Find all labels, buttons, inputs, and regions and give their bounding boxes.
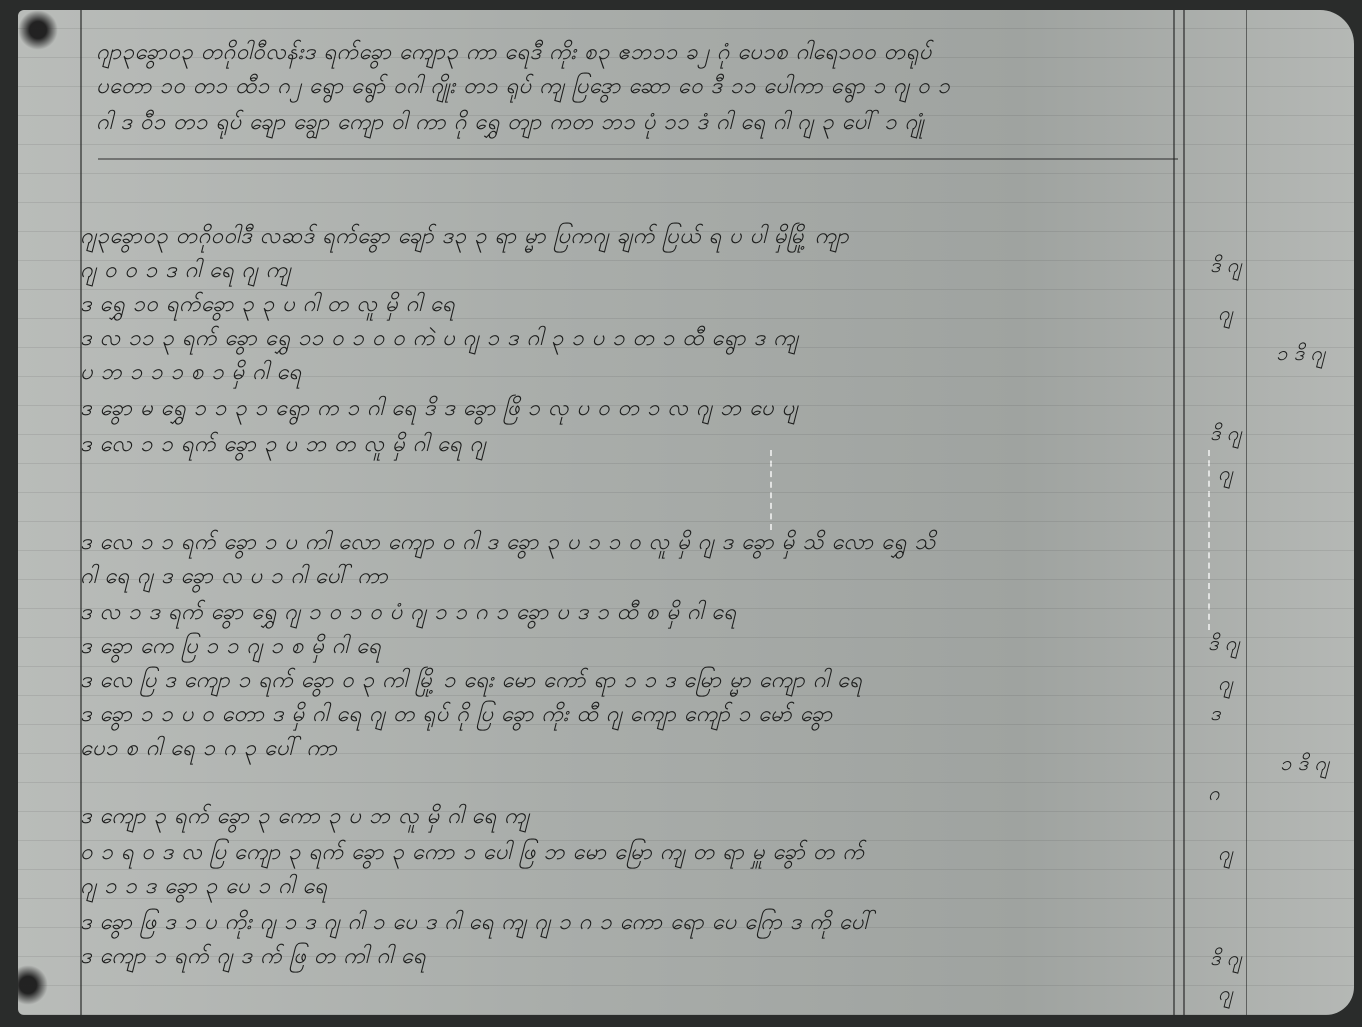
- body-line-11: ဒ ခွော ကေ ပြ ၁ ၁ ဂျ ၁ စ မှိ ဂါ ရေ: [80, 632, 381, 662]
- margin-note-13: ဂျ: [1218, 980, 1233, 1010]
- body-line-6: ဒ ခွော မ ရွှေ ၁ ၁ ၃ ၁ ရွော က ၁ ဂါ ရေ ဒိ …: [80, 394, 798, 424]
- body-line-2: ဂျ ၀ ဝ ၁ ဒ ဂါ ရေ ဂျ ကျ: [80, 256, 291, 286]
- header-line-2: ပတော ၁၀ တ၁ ထီ၁ ဂ၂ ရွော ရွော် ၀ဂါ ဂျိုး တ…: [96, 72, 950, 102]
- body-line-17: ဂျ ၁ ၁ ဒ ခွော ၃ ပေ ၁ ဂါ ရေ: [80, 872, 327, 902]
- body-line-7: ဒ လေ ၁ ၁ ရက် ခွော ၃ ပ ဘ တ လူ မှိ ဂါ ရေ ဂ…: [80, 430, 486, 460]
- margin-note-11: ဂျ: [1218, 840, 1233, 870]
- body-line-12: ဒ လေ ပြ ဒ ကျော ၁ ရက် ခွော ၀ ၃ ကါ မြို့ ၁…: [80, 666, 862, 696]
- header-line-3: ဂါ ဒ ၀ီ၁ တ၁ ရုပ် ချော ချွော ကျော ၀ါ ကာ ဂ…: [96, 108, 924, 138]
- body-line-5: ပ ဘ ၁ ၁ ၁ စ ၁ မှိ ဂါ ရေ: [80, 358, 302, 388]
- body-line-3: ဒ ရွှေ ၁၀ ရက်ခွော ၃ ၃ ပ ဂါ တ လူ မှိ ဂါ ရ…: [80, 290, 455, 320]
- right-margin-rule-3: [1246, 10, 1247, 1015]
- body-line-4: ဒ လ ၁၁ ၃ ရက် ခွော ရွှေ ၁၁ ၀ ၁ ၀ ၀ ကဲ ပ ဂ…: [80, 324, 799, 354]
- body-line-13: ဒ ခွော ၁ ၁ ပ ၀ တော ဒ မှိ ဂါ ရေ ဂျ တ ရုပ်…: [80, 700, 833, 730]
- body-line-1: ဂျ၃ခွော၀၃ တဂိုဝ၀ါဒီ လဆဒ် ရက်ခွော ချော် ဒ…: [80, 222, 849, 252]
- right-margin-rule-1: [1173, 10, 1175, 1015]
- margin-note-2: ဂျ: [1218, 300, 1233, 330]
- manuscript-page: ဂျာ၃ခွော၀၃ တဂို၀ါ၀ီလန်းဒ ရက်ခွော ကျော၃ က…: [18, 10, 1354, 1015]
- margin-note-1: ဒိ ဂျ: [1210, 252, 1241, 282]
- right-margin-rule-2: [1183, 10, 1185, 1015]
- margin-note-12: ဒိ ဂျ: [1210, 945, 1241, 975]
- corner-damage-bottom: [18, 965, 48, 1005]
- body-line-18: ဒ ခွော ဖြ ဒ ၁ ပ ကိုး ဂျ ၁ ဒ ဂျ ဂါ ၁ ပေ ဒ…: [80, 908, 874, 938]
- margin-note-7: ဂျ: [1218, 670, 1233, 700]
- margin-note-6: ဒိ ဂျ: [1208, 630, 1239, 660]
- paper-crack: [770, 450, 772, 530]
- header-line-1: ဂျာ၃ခွော၀၃ တဂို၀ါ၀ီလန်းဒ ရက်ခွော ကျော၃ က…: [96, 38, 932, 68]
- margin-note-3: ၁ ဒိ ဂျ: [1276, 340, 1325, 370]
- body-line-16: ၀ ၁ ရ ၀ ဒ လ ပြ ကျော ၃ ရက် ခွော ၃ ကော ၁ ပ…: [80, 838, 864, 868]
- body-line-14: ပေ၁ စ ဂါ ရေ ၁ ဂ ၃ ပေါ် ကာ: [80, 734, 337, 764]
- margin-note-9: ၁ ဒိ ဂျ: [1280, 750, 1329, 780]
- margin-note-4: ဒိ ဂျ: [1210, 420, 1241, 450]
- margin-note-5: ဂျ: [1218, 460, 1233, 490]
- header-divider: [98, 158, 1178, 160]
- body-line-10: ဒ လ ၁ ဒ ရက် ခွော ရွှေ ဂျ ၁ ဝ ၁ ၀ ပံ ဂျ ၁…: [80, 598, 736, 628]
- margin-note-10: ဂ: [1208, 780, 1219, 810]
- margin-note-8: ဒ: [1210, 700, 1220, 730]
- corner-damage-top: [18, 10, 58, 50]
- body-line-19: ဒ ကျော ၁ ရက် ဂျ ဒ က် ဖြ တ ကါ ဂါ ရေ: [80, 942, 426, 972]
- body-line-9: ဂါ ရေ ဂျ ဒ ခွော လ ပ ၁ ဂါ ပေါ် ကာ: [80, 562, 388, 592]
- body-line-8: ဒ လေ ၁ ၁ ရက် ခွော ၁ ပ ကါ လော ကျော ၀ ဂါ ဒ…: [80, 528, 936, 558]
- body-line-15: ဒ ကျော ၃ ရက် ခွော ၃ ကော ၃ ပ ဘ လူ မှိ ဂါ …: [80, 802, 530, 832]
- paper-crack-right: [1208, 450, 1210, 630]
